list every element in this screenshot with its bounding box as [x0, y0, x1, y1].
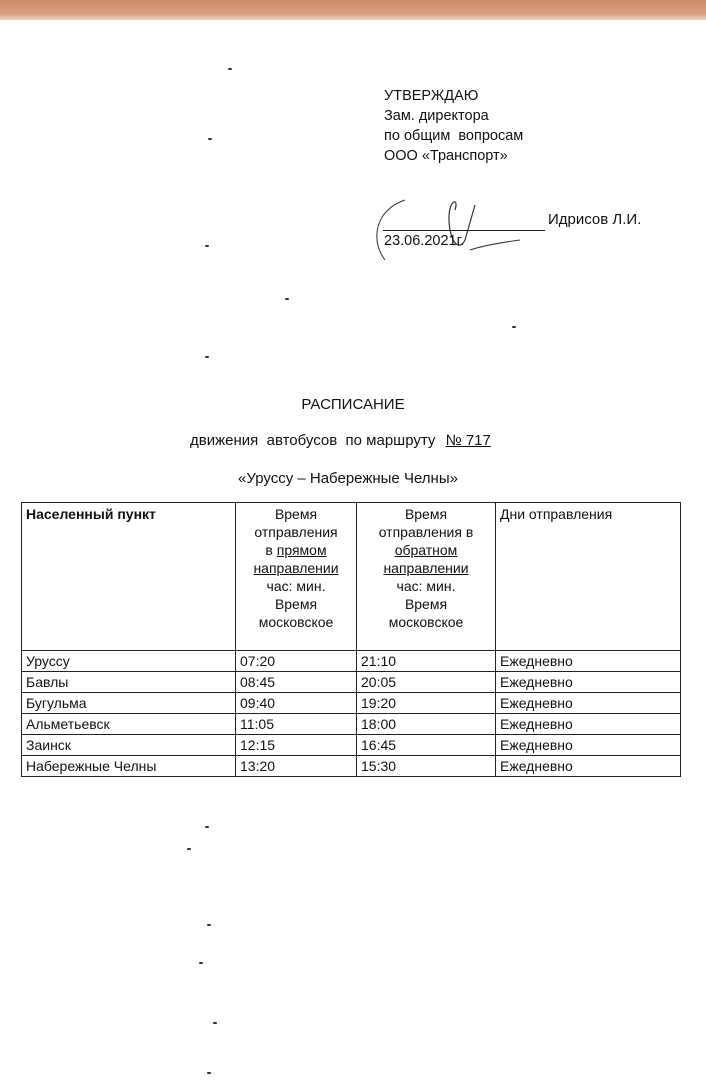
cell-days: Ежедневно: [496, 714, 681, 735]
cell-days: Ежедневно: [496, 693, 681, 714]
cell-backward: 18:00: [357, 714, 496, 735]
cell-days: Ежедневно: [496, 672, 681, 693]
approval-block: УТВЕРЖДАЮ Зам. директора по общим вопрос…: [384, 86, 523, 166]
cell-backward: 15:30: [357, 756, 496, 777]
cell-forward: 12:15: [236, 735, 357, 756]
signature-line: [383, 230, 545, 231]
table-row: Бавлы08:4520:05Ежедневно: [22, 672, 681, 693]
table-row: Заинск12:1516:45Ежедневно: [22, 735, 681, 756]
cell-forward: 13:20: [236, 756, 357, 777]
cell-settlement: Бугульма: [22, 693, 236, 714]
cell-forward: 11:05: [236, 714, 357, 735]
cell-backward: 21:10: [357, 651, 496, 672]
approval-date: 23.06.2021г.: [384, 233, 464, 249]
cell-settlement: Заинск: [22, 735, 236, 756]
header-backward: Время отправления в обратном направлении…: [357, 503, 496, 651]
table-header-row: Населенный пункт Время отправления в пря…: [22, 503, 681, 651]
scan-edge-band: [0, 0, 706, 20]
cell-settlement: Уруссу: [22, 651, 236, 672]
cell-settlement: Набережные Челны: [22, 756, 236, 777]
header-settlement: Населенный пункт: [22, 503, 236, 651]
approval-position-2: по общим вопросам: [384, 126, 523, 146]
table-row: Бугульма09:4019:20Ежедневно: [22, 693, 681, 714]
document-subtitle: движения автобусов по маршруту № 717: [190, 432, 491, 449]
table-row: Альметьевск11:0518:00Ежедневно: [22, 714, 681, 735]
cell-backward: 19:20: [357, 693, 496, 714]
approval-heading: УТВЕРЖДАЮ: [384, 86, 523, 106]
cell-backward: 16:45: [357, 735, 496, 756]
header-forward: Время отправления в прямом направлении ч…: [236, 503, 357, 651]
signatory-name: Идрисов Л.И.: [548, 211, 641, 228]
cell-forward: 09:40: [236, 693, 357, 714]
cell-settlement: Альметьевск: [22, 714, 236, 735]
cell-days: Ежедневно: [496, 651, 681, 672]
cell-days: Ежедневно: [496, 756, 681, 777]
route-name: «Уруссу – Набережные Челны»: [238, 470, 458, 487]
approval-position-1: Зам. директора: [384, 106, 523, 126]
schedule-table: Населенный пункт Время отправления в пря…: [21, 502, 681, 777]
approval-company: ООО «Транспорт»: [384, 146, 523, 166]
cell-backward: 20:05: [357, 672, 496, 693]
route-number: № 717: [446, 432, 491, 449]
table-row: Уруссу07:2021:10Ежедневно: [22, 651, 681, 672]
cell-forward: 07:20: [236, 651, 357, 672]
header-days: Дни отправления: [496, 503, 681, 651]
cell-forward: 08:45: [236, 672, 357, 693]
table-row: Набережные Челны13:2015:30Ежедневно: [22, 756, 681, 777]
document-title: РАСПИСАНИЕ: [0, 396, 706, 413]
cell-days: Ежедневно: [496, 735, 681, 756]
cell-settlement: Бавлы: [22, 672, 236, 693]
